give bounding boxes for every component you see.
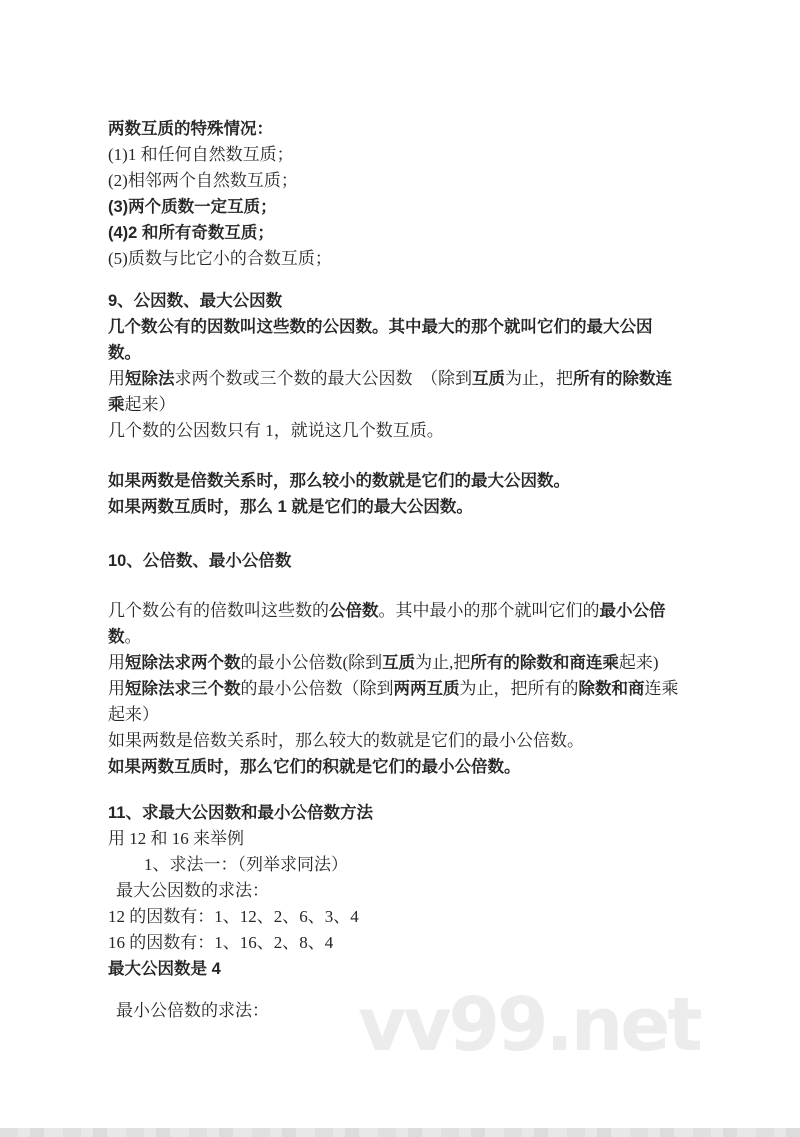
text-segment: 最大公因数的求法： bbox=[116, 881, 269, 900]
text-line: 10、公倍数、最小公倍数 bbox=[108, 548, 718, 574]
document-page: vv99.net 两数互质的特殊情况：(1)1 和任何自然数互质；(2)相邻两个… bbox=[0, 0, 800, 1137]
text-segment: 11、求最大公因数和最小公倍数方法 bbox=[108, 804, 373, 822]
text-segment: 乘 bbox=[108, 396, 125, 414]
text-segment: 求两个数或三个数的最大公因数 （除到 bbox=[175, 369, 473, 388]
text-line: (1)1 和任何自然数互质； bbox=[108, 142, 718, 168]
text-segment: 用 bbox=[108, 369, 125, 388]
text-segment: 两两互质 bbox=[394, 680, 460, 698]
text-segment: 如果两数是倍数关系时，那么较大的数就是它们的最小公倍数。 bbox=[108, 731, 584, 750]
text-line: (2)相邻两个自然数互质； bbox=[108, 168, 718, 194]
text-segment: 16 的因数有：1、16、2、8、4 bbox=[108, 933, 333, 952]
text-segment: 。其中最小的那个就叫它们的 bbox=[379, 601, 600, 620]
text-line: 16 的因数有：1、16、2、8、4 bbox=[108, 930, 718, 956]
text-line: 几个数公有的因数叫这些数的公因数。其中最大的那个就叫它们的最大公因 bbox=[108, 314, 718, 340]
text-line: 几个数公有的倍数叫这些数的公倍数。其中最小的那个就叫它们的最小公倍 bbox=[108, 598, 718, 624]
text-segment: 两数互质的特殊情况： bbox=[108, 120, 273, 138]
text-line: 乘起来） bbox=[108, 392, 718, 418]
text-line: 最小公倍数的求法： bbox=[108, 998, 718, 1024]
text-segment: 数。 bbox=[108, 344, 141, 362]
text-segment: 12 的因数有：1、12、2、6、3、4 bbox=[108, 907, 359, 926]
text-line: 12 的因数有：1、12、2、6、3、4 bbox=[108, 904, 718, 930]
text-segment: 9、公因数、最大公因数 bbox=[108, 292, 282, 310]
text-segment: 最小公倍 bbox=[600, 602, 666, 620]
text-line: 用短除法求两个数或三个数的最大公因数 （除到互质为止，把所有的除数连 bbox=[108, 366, 718, 392]
text-line: 几个数的公因数只有 1，就说这几个数互质。 bbox=[108, 418, 718, 444]
text-line: 如果两数互质时，那么 1 就是它们的最大公因数。 bbox=[108, 494, 718, 520]
text-segment: 用 12 和 16 来举例 bbox=[108, 829, 244, 848]
text-segment: 。 bbox=[125, 627, 142, 646]
text-segment: 如果两数互质时，那么 1 就是它们的最大公因数。 bbox=[108, 498, 473, 516]
text-line: 如果两数是倍数关系时，那么较小的数就是它们的最大公因数。 bbox=[108, 468, 718, 494]
text-segment: 用 bbox=[108, 653, 125, 672]
text-segment: (1)1 和任何自然数互质； bbox=[108, 145, 294, 164]
text-segment: 最大公因数是 4 bbox=[108, 960, 221, 978]
text-line: (3)两个质数一定互质； bbox=[108, 194, 718, 220]
text-segment: 用 bbox=[108, 679, 125, 698]
text-line: (4)2 和所有奇数互质； bbox=[108, 220, 718, 246]
text-line: 用短除法求两个数的最小公倍数(除到互质为止,把所有的除数和商连乘起来) bbox=[108, 650, 718, 676]
text-segment: 为止，把所有的 bbox=[460, 679, 579, 698]
text-line: 最大公因数的求法： bbox=[108, 878, 718, 904]
text-segment: 除数和商 bbox=[579, 680, 645, 698]
text-line: 数。 bbox=[108, 624, 718, 650]
text-segment: (5)质数与比它小的合数互质； bbox=[108, 249, 332, 268]
text-segment: 短除法求两个数 bbox=[125, 654, 241, 672]
text-line: 如果两数互质时，那么它们的积就是它们的最小公倍数。 bbox=[108, 754, 718, 780]
text-segment: 为止,把 bbox=[415, 653, 470, 672]
text-segment: 所有的除数连 bbox=[573, 370, 672, 388]
text-line: (5)质数与比它小的合数互质； bbox=[108, 246, 718, 272]
text-segment: 所有的除数和商连乘 bbox=[470, 654, 619, 672]
text-segment: 公倍数 bbox=[329, 602, 379, 620]
text-segment: 为止，把 bbox=[505, 369, 573, 388]
text-segment: 数 bbox=[108, 628, 125, 646]
text-line: 两数互质的特殊情况： bbox=[108, 116, 718, 142]
text-segment: 几个数公有的倍数叫这些数的 bbox=[108, 601, 329, 620]
text-line: 如果两数是倍数关系时，那么较大的数就是它们的最小公倍数。 bbox=[108, 728, 718, 754]
text-segment: 最小公倍数的求法： bbox=[116, 1001, 269, 1020]
text-segment: 几个数的公因数只有 1，就说这几个数互质。 bbox=[108, 421, 444, 440]
text-segment: 如果两数互质时，那么它们的积就是它们的最小公倍数。 bbox=[108, 758, 521, 776]
text-segment: 起来） bbox=[125, 395, 176, 414]
text-line: 9、公因数、最大公因数 bbox=[108, 288, 718, 314]
text-segment: 互质 bbox=[382, 654, 415, 672]
text-segment: (3)两个质数一定互质； bbox=[108, 198, 277, 216]
text-line: 11、求最大公因数和最小公倍数方法 bbox=[108, 800, 718, 826]
text-lines: 两数互质的特殊情况：(1)1 和任何自然数互质；(2)相邻两个自然数互质；(3)… bbox=[0, 0, 800, 1024]
text-segment: 互质 bbox=[472, 370, 505, 388]
text-segment: 短除法 bbox=[125, 370, 175, 388]
text-line: 起来） bbox=[108, 702, 718, 728]
text-line: 1、求法一：（列举求同法） bbox=[108, 852, 718, 878]
text-segment: 如果两数是倍数关系时，那么较小的数就是它们的最大公因数。 bbox=[108, 472, 570, 490]
text-segment: (4)2 和所有奇数互质； bbox=[108, 224, 274, 242]
text-segment: 连乘 bbox=[645, 679, 679, 698]
text-segment: 短除法求三个数 bbox=[125, 680, 241, 698]
text-segment: 起来） bbox=[108, 705, 159, 724]
text-segment: 10、公倍数、最小公倍数 bbox=[108, 552, 291, 570]
text-segment: 的最小公倍数(除到 bbox=[241, 653, 383, 672]
text-line: 数。 bbox=[108, 340, 718, 366]
text-line: 用短除法求三个数的最小公倍数（除到两两互质为止，把所有的除数和商连乘 bbox=[108, 676, 718, 702]
page-bottom-edge bbox=[0, 1128, 800, 1137]
text-segment: (2)相邻两个自然数互质； bbox=[108, 171, 298, 190]
text-line: 用 12 和 16 来举例 bbox=[108, 826, 718, 852]
text-segment: 几个数公有的因数叫这些数的公因数。其中最大的那个就叫它们的最大公因 bbox=[108, 318, 653, 336]
text-segment: 的最小公倍数（除到 bbox=[241, 679, 394, 698]
text-segment: 起来) bbox=[619, 653, 659, 672]
text-segment: 1、求法一：（列举求同法） bbox=[144, 855, 348, 874]
text-line: 最大公因数是 4 bbox=[108, 956, 718, 982]
